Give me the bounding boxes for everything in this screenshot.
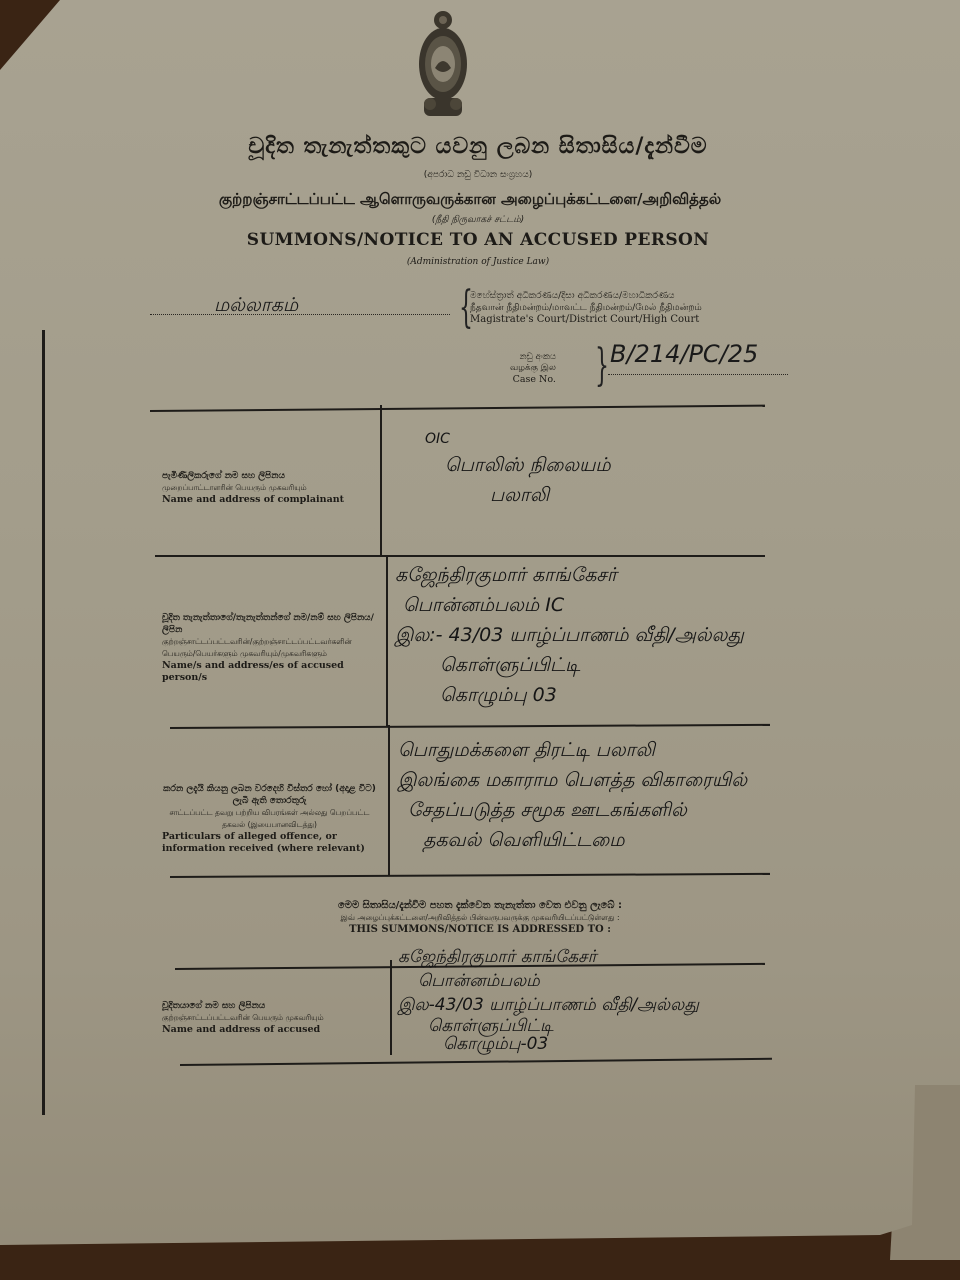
case-field-underline [608, 374, 788, 375]
accused-line: கொழும்பு-03 [398, 1035, 699, 1053]
case-label-tamil: வழக்கு இல [510, 363, 556, 374]
subtitle-sinhala: (අපරාධ නඩු විධාන සංග්‍රහය) [238, 170, 718, 180]
row1-bottom-border [155, 555, 765, 557]
complainant-value: OIC பொலிஸ் நிலையம் பலாலி [425, 428, 611, 510]
case-number-handwritten: B/214/PC/25 [610, 340, 758, 368]
title-tamil: குற்றஞ்சாட்டப்பட்ட ஆளொருவருக்கான அழைப்பு… [190, 190, 750, 210]
table-left-border [42, 330, 45, 1115]
national-emblem-icon [418, 6, 468, 120]
court-name-handwritten: மல்லாகம் [214, 294, 298, 319]
accused-persons-label-english: Name/s and address/es of accused person/… [162, 660, 377, 684]
row3-bottom-border [170, 873, 770, 878]
title-english: SUMMONS/NOTICE TO AN ACCUSED PERSON [238, 230, 718, 250]
offence-line: சேதப்படுத்த சமூக ஊடகங்களில் [398, 795, 747, 825]
accused-persons-line: இல:- 43/03 யாழ்ப்பாணம் வீதி/அல்லது [395, 620, 744, 650]
offence-line: பொதுமக்களை திரட்டி பலாலி [398, 735, 747, 765]
accused-label-english: Name and address of accused [162, 1024, 382, 1036]
accused-persons-line: கொழும்பு 03 [395, 680, 744, 710]
court-options-tamil: நீதவான் நீதிமன்றம்/மாவட்ட நீதிமன்றம்/மேல… [470, 302, 702, 314]
complainant-line: பலாலி [425, 480, 611, 510]
accused-row-divider [390, 960, 392, 1055]
complainant-label-english: Name and address of complainant [162, 494, 382, 506]
accused-line: இல-43/03 யாழ்ப்பாணம் வீதி/அல்லது [398, 993, 699, 1017]
accused-persons-label: චූදිත තැනැත්තාගේ/තැනැත්තන්ගේ නම/නම් සහ ල… [162, 612, 377, 684]
case-label-sinhala: නඩු අංකය [510, 352, 556, 363]
case-label-english: Case No. [510, 374, 556, 385]
row3-divider [388, 725, 390, 875]
summons-document: චූදිත තැනැත්තකුට යවනු ලබන සිතාසිය/දැන්වී… [0, 0, 960, 1280]
accused-label: චූදිතයාගේ නම සහ ලිපිනය குற்றஞ்சாட்டப்பட்… [162, 1000, 382, 1036]
accused-persons-line: கொள்ளுப்பிட்டி [395, 650, 744, 680]
accused-value: கஜேந்திரகுமார் காங்கேசர் பொன்னம்பலம் இல-… [398, 945, 699, 1053]
subtitle-english: (Administration of Justice Law) [238, 257, 718, 267]
court-options-english: Magistrate's Court/District Court/High C… [470, 314, 702, 326]
table-top-border [150, 405, 765, 412]
accused-line: பொன்னம்பலம் [398, 969, 699, 993]
accused-persons-line: கஜேந்திரகுமார் காங்கேசர் [395, 560, 744, 590]
complainant-line: பொலிஸ் நிலையம் [425, 450, 611, 480]
row2-divider [386, 555, 388, 727]
case-number-label: නඩු අංකය வழக்கு இல Case No. [510, 352, 556, 385]
accused-persons-label-tamil: குற்றஞ்சாட்டப்பட்டவரின்/குற்றஞ்சாட்டப்பட… [162, 636, 377, 660]
row2-bottom-border [170, 724, 770, 729]
accused-persons-value: கஜேந்திரகுமார் காங்கேசர் பொன்னம்பலம் IC … [395, 560, 744, 710]
complainant-label-tamil: முறைப்பாட்டாளரின் பெயரும் முகவரியும் [162, 482, 382, 494]
accused-label-sinhala: චූදිතයාගේ නම සහ ලිපිනය [162, 1000, 382, 1012]
subtitle-tamil: (நீதி நிருவாகச் சட்டம்) [238, 215, 718, 226]
offence-line: இலங்கை மகாராம பௌத்த விகாரையில் [398, 765, 747, 795]
complainant-label: පැමිණිලිකරුගේ නම සහ ලිපිනය முறைப்பாட்டாள… [162, 470, 382, 506]
accused-label-tamil: குற்றஞ்சாட்டப்பட்டவரின் பெயரும் முகவரியு… [162, 1012, 382, 1024]
accused-persons-label-sinhala: චූදිත තැනැත්තාගේ/තැනැත්තන්ගේ නම/නම් සහ ල… [162, 612, 377, 636]
complainant-line: OIC [425, 428, 611, 450]
court-options-sinhala: මහේස්ත්‍රාත් අධිකරණය/දිසා අධිකරණය/මහාධික… [470, 290, 702, 302]
offence-line: தகவல் வெளியிட்டமை [398, 825, 747, 855]
addressed-sinhala: මෙම සිතාසිය/දැන්වීම පහත දැක්වෙන තැනැත්තා… [250, 900, 710, 912]
case-brace: } [595, 344, 609, 388]
complainant-label-sinhala: පැමිණිලිකරුගේ නම සහ ලිපිනය [162, 470, 382, 482]
accused-line: கொள்ளுப்பிட்டி [398, 1017, 699, 1035]
offence-particulars-label: කරන ලදැයි කියනු ලබන වරදෙහි විස්තර හෝ (අද… [162, 783, 377, 855]
court-field-underline [150, 314, 450, 315]
accused-line: கஜேந்திரகுமார் காங்கேசர் [398, 945, 699, 969]
title-sinhala: චූදිත තැනැත්තකුට යවනු ලබන සිතාසිය/දැන්වී… [238, 134, 718, 159]
offence-label-english: Particulars of alleged offence, or infor… [162, 831, 377, 855]
offence-label-sinhala: කරන ලදැයි කියනු ලබන වරදෙහි විස්තර හෝ (අද… [162, 783, 377, 807]
addressed-to-heading: මෙම සිතාසිය/දැන්වීම පහත දැක්වෙන තැනැත්තා… [250, 900, 710, 936]
offence-particulars-value: பொதுமக்களை திரட்டி பலாலி இலங்கை மகாராம ப… [398, 735, 747, 855]
offence-label-tamil: சாட்டப்பட்ட தவறு பற்றிய விபரங்கள் அல்லது… [162, 807, 377, 831]
accused-row-bottom-border [180, 1058, 772, 1066]
accused-persons-line: பொன்னம்பலம் IC [395, 590, 744, 620]
addressed-tamil: இவ் அழைப்புக்கட்டளை/அறிவித்தல் பின்வருபவ… [250, 912, 710, 924]
addressed-english: THIS SUMMONS/NOTICE IS ADDRESSED TO : [250, 924, 710, 936]
court-type-options: මහේස්ත්‍රාත් අධිකරණය/දිසා අධිකරණය/මහාධික… [470, 290, 702, 326]
